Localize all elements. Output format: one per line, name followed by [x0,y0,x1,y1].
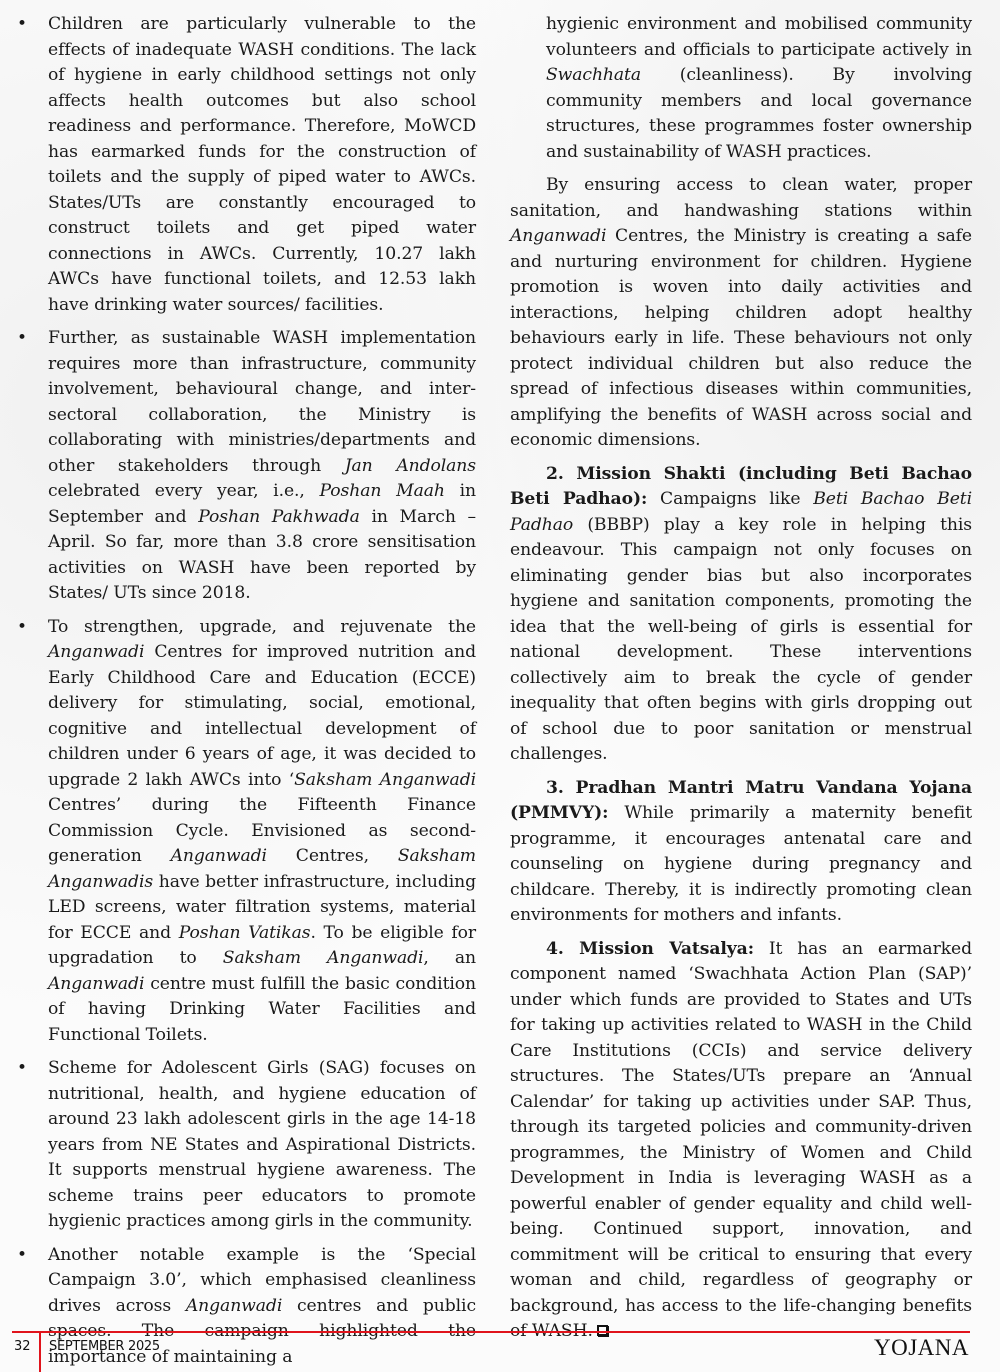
italic-term: Anganwadi [48,974,144,994]
bullet-icon: • [17,615,27,641]
text-run: It has an earmarked component named ‘Swa… [510,939,972,1342]
italic-term: Anganwadi [510,226,606,246]
text-run: hygienic environment and mobilised commu… [546,14,972,60]
bullet-icon: • [17,1056,27,1082]
left-column: •Children are particularly vulnerable to… [48,12,476,1372]
paragraph: 3. Pradhan Mantri Matru Vandana Yojana (… [510,776,972,929]
page-number: 32 [14,1339,31,1354]
bullet-item: •To strengthen, upgrade, and rejuvenate … [48,615,476,1049]
italic-term: Anganwadi [48,642,144,662]
italic-term: Anganwadi [186,1296,282,1316]
text-run: , an [423,948,476,968]
text-run: Centres, [267,846,398,866]
text-run: To strengthen, upgrade, and rejuvenate t… [48,617,476,637]
italic-term: Swachhata [546,65,641,85]
text-run: By ensuring access to clean water, prope… [510,175,972,221]
bullet-icon: • [17,1243,27,1269]
text-run: celebrated every year, i.e., [48,481,320,501]
text-run: Further, as sustainable WASH implementat… [48,328,476,476]
footer-divider [39,1331,41,1372]
italic-term: Saksham Anganwadi [223,948,424,968]
bullet-item: •Children are particularly vulnerable to… [48,12,476,318]
footer-rule [12,1331,970,1333]
bullet-icon: • [17,12,27,38]
text-run: Centres, the Ministry is creating a safe… [510,226,972,450]
italic-term: Anganwadi [171,846,267,866]
bullet-item: •Further, as sustainable WASH implementa… [48,326,476,607]
italic-term: Poshan Maah [320,481,445,501]
italic-term: Jan Andolans [345,456,476,476]
right-column: hygienic environment and mobilised commu… [510,12,972,1353]
text-run: Scheme for Adolescent Girls (SAG) focuse… [48,1058,476,1231]
bullet-item: •Scheme for Adolescent Girls (SAG) focus… [48,1056,476,1235]
paragraph: 2. Mission Shakti (including Beti Bachao… [510,462,972,768]
text-run: (BBBP) play a key role in helping this e… [510,515,972,765]
magazine-name: YOJANA [874,1335,969,1361]
text-run: Children are particularly vulnerable to … [48,14,476,315]
italic-term: Saksham Anganwadi [294,770,476,790]
italic-term: Poshan Vatikas [179,923,311,943]
italic-term: Poshan Pakhwada [198,507,359,527]
bullet-icon: • [17,326,27,352]
text-run: Campaigns like [647,489,813,509]
section-heading: 4. Mission Vatsalya: [546,939,754,959]
paragraph: By ensuring access to clean water, prope… [510,173,972,454]
paragraph: 4. Mission Vatsalya: It has an earmarked… [510,937,972,1345]
issue-date: SEPTEMBER 2025 [49,1339,160,1354]
paragraph: hygienic environment and mobilised commu… [510,12,972,165]
text-run: Centres for improved nutrition and Early… [48,642,476,790]
